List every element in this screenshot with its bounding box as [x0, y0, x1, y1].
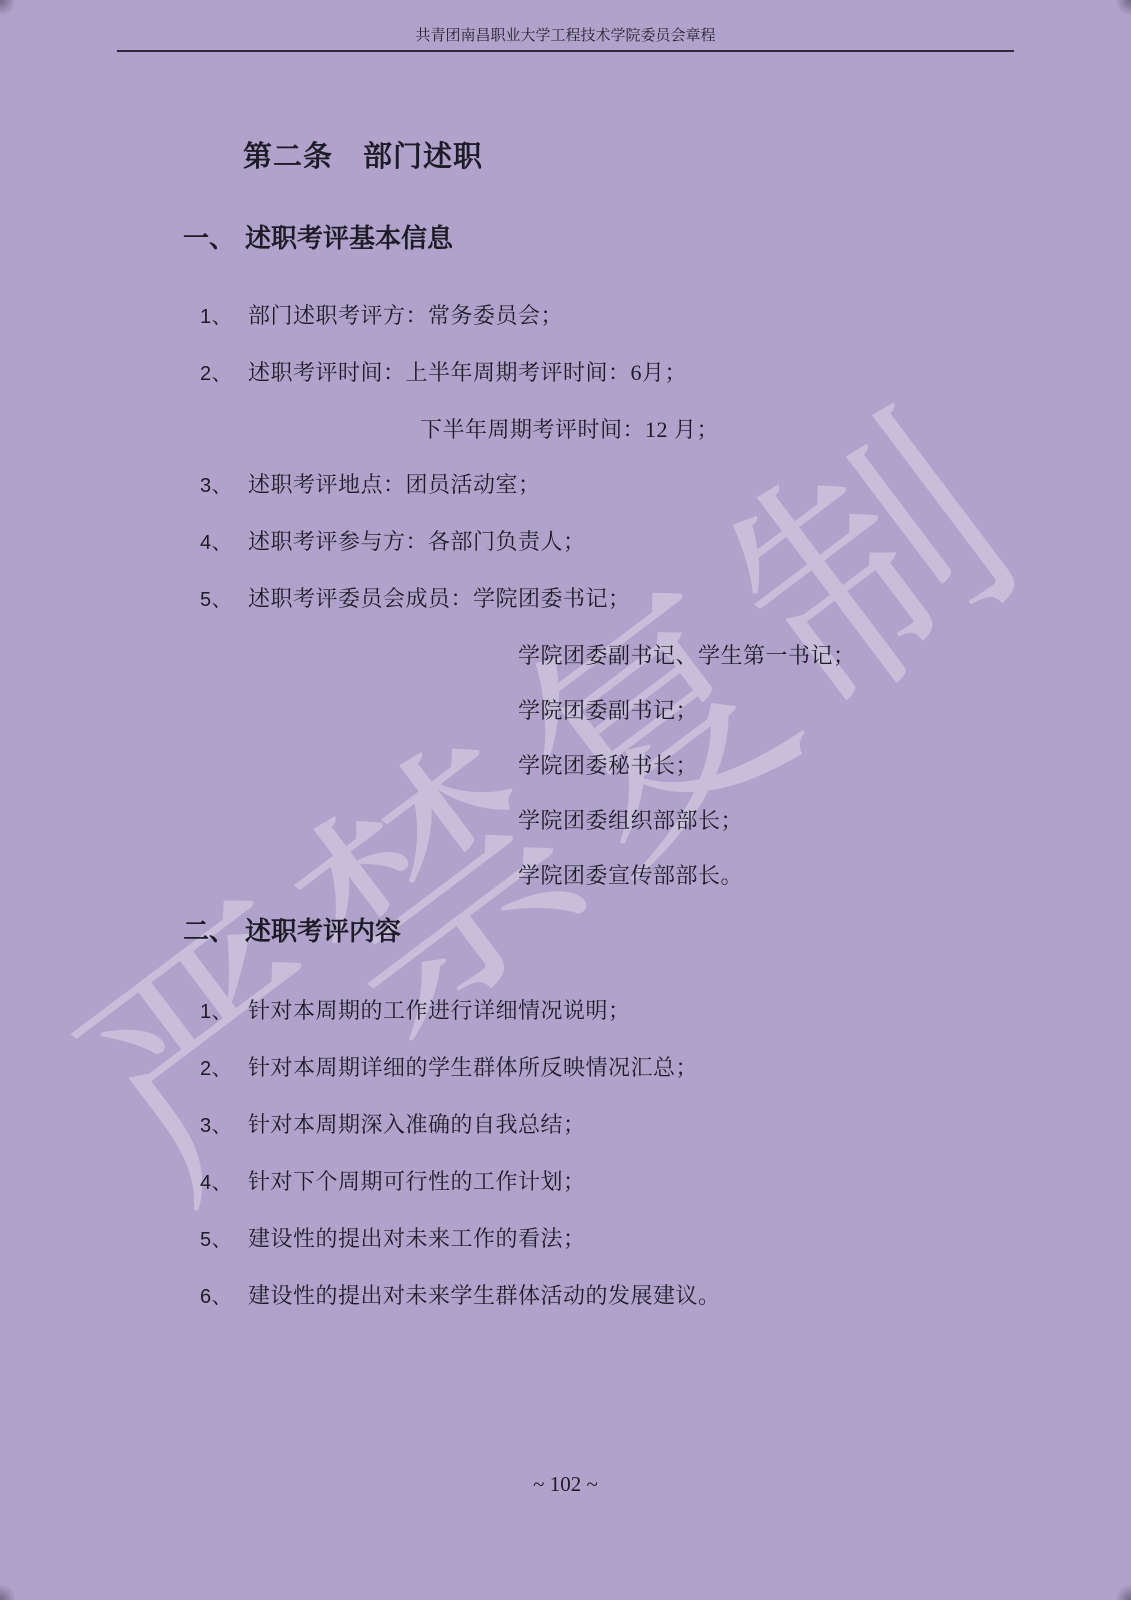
list-item: 5、建设性的提出对未来工作的看法； [0, 1223, 1131, 1256]
section-title: 述职考评内容 [245, 917, 401, 946]
item-text: 学院团委副书记、学生第一书记； [518, 643, 856, 668]
list-item: 1、部门述职考评方：常务委员会； [0, 300, 1131, 333]
item-text: 针对本周期的工作进行详细情况说明； [248, 998, 631, 1023]
item-number: 3、 [200, 471, 248, 502]
section-heading-2: 二、述职考评内容 [183, 915, 1131, 949]
list-item-continuation: 学院团委秘书长； [0, 750, 1131, 781]
item-number: 5、 [200, 1225, 248, 1256]
item-text: 述职考评时间：上半年周期考评时间：6月； [248, 360, 687, 385]
list-item: 2、述职考评时间：上半年周期考评时间：6月； [0, 357, 1131, 390]
list-item: 3、针对本周期深入准确的自我总结； [0, 1109, 1131, 1142]
item-text: 建设性的提出对未来工作的看法； [248, 1226, 586, 1251]
list-item-continuation: 下半年周期考评时间：12 月； [0, 414, 1131, 445]
section-1-rows: 1、部门述职考评方：常务委员会； 2、述职考评时间：上半年周期考评时间：6月； … [0, 300, 1131, 891]
item-number: 2、 [200, 359, 248, 390]
item-number: 6、 [200, 1282, 248, 1313]
item-text: 针对本周期详细的学生群体所反映情况汇总； [248, 1055, 698, 1080]
page-content: 共青团南昌职业大学工程技术学院委员会章程 第二条 部门述职 一、述职考评基本信息… [0, 0, 1131, 1313]
list-item-continuation: 学院团委组织部部长； [0, 805, 1131, 836]
article-title: 第二条 部门述职 [243, 140, 1131, 174]
item-text: 述职考评参与方：各部门负责人； [248, 529, 586, 554]
item-number: 1、 [200, 997, 248, 1028]
header-rule-divider [117, 50, 1014, 52]
item-text: 述职考评地点：团员活动室； [248, 472, 541, 497]
list-item: 4、针对下个周期可行性的工作计划； [0, 1166, 1131, 1199]
item-text: 学院团委副书记； [518, 698, 698, 723]
list-item-continuation: 学院团委副书记； [0, 695, 1131, 726]
document-page: 严禁复制 共青团南昌职业大学工程技术学院委员会章程 第二条 部门述职 一、述职考… [0, 0, 1131, 1600]
section-number: 一、 [183, 222, 245, 256]
item-text: 述职考评委员会成员：学院团委书记； [248, 586, 631, 611]
list-item: 2、针对本周期详细的学生群体所反映情况汇总； [0, 1052, 1131, 1085]
item-text: 下半年周期考评时间：12 月； [420, 417, 719, 442]
item-text: 针对本周期深入准确的自我总结； [248, 1112, 586, 1137]
item-text: 建设性的提出对未来学生群体活动的发展建议。 [248, 1283, 721, 1308]
item-number: 3、 [200, 1111, 248, 1142]
item-text: 学院团委秘书长； [518, 753, 698, 778]
item-number: 5、 [200, 585, 248, 616]
page-header-title: 共青团南昌职业大学工程技术学院委员会章程 [0, 0, 1131, 46]
item-number: 1、 [200, 302, 248, 333]
item-number: 2、 [200, 1054, 248, 1085]
list-item-continuation: 学院团委宣传部部长。 [0, 860, 1131, 891]
list-item: 3、述职考评地点：团员活动室； [0, 469, 1131, 502]
item-number: 4、 [200, 528, 248, 559]
section-number: 二、 [183, 915, 245, 949]
item-text: 针对下个周期可行性的工作计划； [248, 1169, 586, 1194]
list-item: 6、建设性的提出对未来学生群体活动的发展建议。 [0, 1280, 1131, 1313]
section-title: 述职考评基本信息 [245, 224, 453, 253]
item-text: 学院团委组织部部长； [518, 808, 743, 833]
item-text: 学院团委宣传部部长。 [518, 863, 743, 888]
page-number-footer: ~ 102 ~ [0, 1472, 1131, 1497]
section-heading-1: 一、述职考评基本信息 [183, 222, 1131, 256]
item-number: 4、 [200, 1168, 248, 1199]
section-2-rows: 1、针对本周期的工作进行详细情况说明； 2、针对本周期详细的学生群体所反映情况汇… [0, 995, 1131, 1313]
list-item: 5、述职考评委员会成员：学院团委书记； [0, 583, 1131, 616]
list-item: 4、述职考评参与方：各部门负责人； [0, 526, 1131, 559]
list-item: 1、针对本周期的工作进行详细情况说明； [0, 995, 1131, 1028]
item-text: 部门述职考评方：常务委员会； [248, 303, 563, 328]
list-item-continuation: 学院团委副书记、学生第一书记； [0, 640, 1131, 671]
